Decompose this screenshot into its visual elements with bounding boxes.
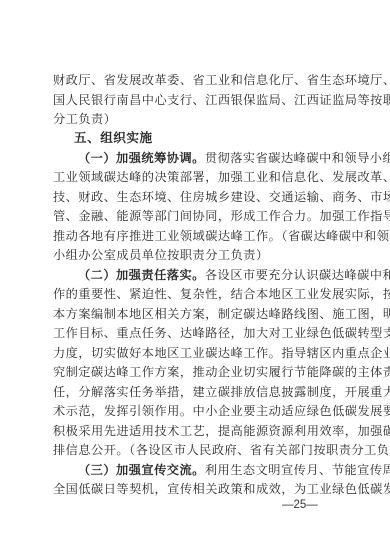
section-heading: 五、组织实施 (74, 128, 153, 148)
text-span: 各设区市要充分认识碳达峰碳中和工 (205, 268, 390, 282)
text-span: 贯彻落实省碳达峰碳中和领导小组对 (205, 151, 390, 165)
text-line: 全国低碳日等契机，宣传相关政策和成效，为工业绿色低碳发展 (53, 479, 315, 499)
text-line: 推动各地有序推进工业领域碳达峰工作。（省碳达峰碳中和领导 (53, 226, 315, 246)
text-line: 小组办公室成员单位按职责分工负责） (53, 245, 315, 265)
text-line: 作的重要性、紧迫性、复杂性，结合本地区工业发展实际，按照 (53, 284, 315, 304)
paragraph-title: （二）加强责任落实。 (78, 268, 205, 282)
paragraph-first-line: （一）加强统筹协调。贯彻落实省碳达峰碳中和领导小组对 (78, 148, 315, 168)
text-line: 财政厅、省发展改革委、省工业和信息化厅、省生态环境厅、中 (53, 70, 315, 90)
page-number: —25— (282, 497, 318, 513)
text-line: 力度，切实做好本地区工业碳达峰工作。指导辖区内重点企业研 (53, 343, 315, 363)
text-line: 术示范，发挥引领作用。中小企业要主动适应绿色低碳发展要求， (53, 401, 315, 421)
text-line: 积极采用先进适用技术工艺，提高能源资源利用效率，加强碳减 (53, 421, 315, 441)
text-span: 利用生态文明宣传月、节能宣传周、 (205, 463, 390, 477)
text-line: 工业领域碳达峰的决策部署，加强工业和信息化、发展改革、科 (53, 167, 315, 187)
text-line: 本方案编制本地区相关方案，制定碳达峰路线图、施工图，明确 (53, 304, 315, 324)
document-page: 财政厅、省发展改革委、省工业和信息化厅、省生态环境厅、中 国人民银行南昌中心支行… (0, 0, 390, 551)
text-line: 排信息公开。（各设区市人民政府、省有关部门按职责分工负责） (53, 440, 315, 460)
paragraph-first-line: （三）加强宣传交流。利用生态文明宣传月、节能宣传周、 (78, 460, 315, 480)
paragraph-title: （一）加强统筹协调。 (78, 151, 205, 165)
text-line: 究制定碳达峰工作方案，推动企业切实履行节能降碳的主体责 (53, 362, 315, 382)
text-line: 管、金融、能源等部门间协同，形成工作合力。加强工作指导， (53, 206, 315, 226)
text-line: 工作目标、重点任务、达峰路径，加大对工业绿色低碳转型支持 (53, 323, 315, 343)
text-line: 分工负责） (53, 109, 315, 129)
text-line: 技、财政、生态环境、住房城乡建设、交通运输、商务、市场监 (53, 187, 315, 207)
paragraph-title: （三）加强宣传交流。 (78, 463, 205, 477)
text-line: 任，分解落实任务举措，建立碳排放信息披露制度，开展重大技 (53, 382, 315, 402)
paragraph-first-line: （二）加强责任落实。各设区市要充分认识碳达峰碳中和工 (78, 265, 315, 285)
text-line: 国人民银行南昌中心支行、江西银保监局、江西证监局等按职责 (53, 90, 315, 110)
